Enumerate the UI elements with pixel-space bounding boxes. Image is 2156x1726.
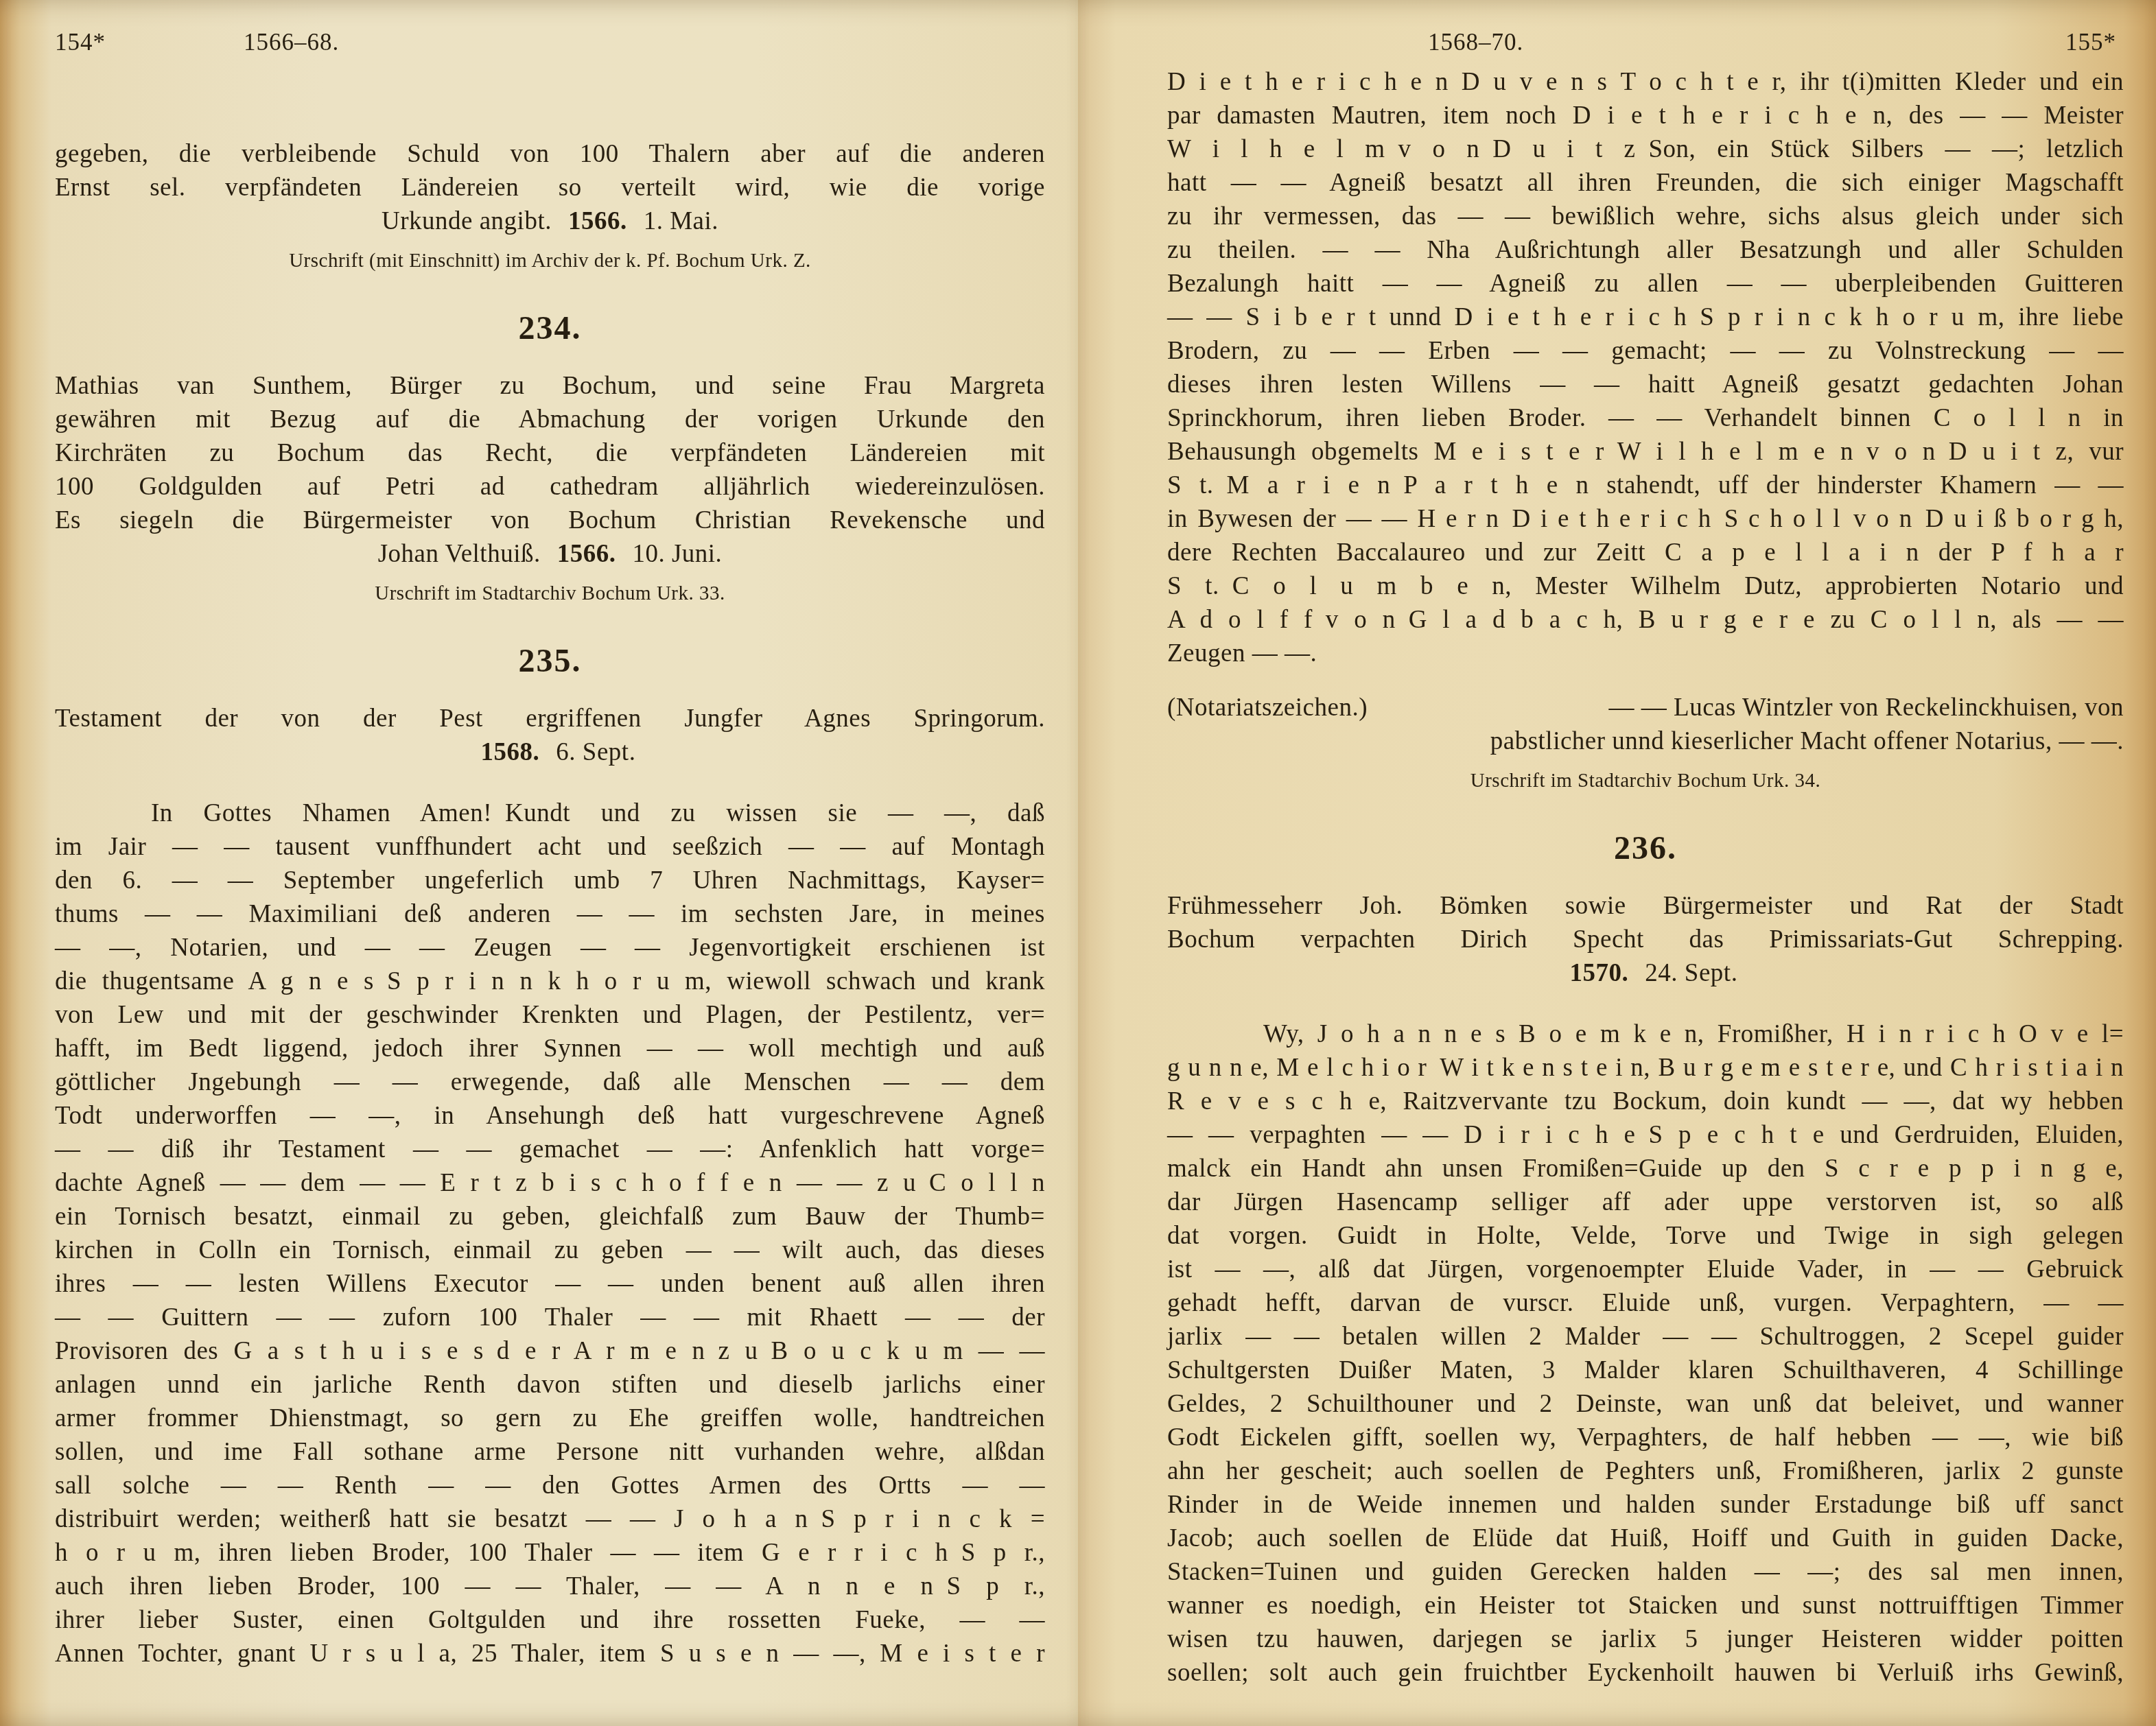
text-line: dachte Agneß — — dem — — E r t z b i s c… bbox=[55, 1166, 1045, 1200]
text-segment: 24. Sept. bbox=[1645, 959, 1737, 987]
text-line: ein Tornisch besatzt, einmail zu geben, … bbox=[55, 1200, 1045, 1233]
text-line: Ernst sel. verpfändeten Ländereien so ve… bbox=[55, 171, 1045, 204]
text-line: Brodern, zu — — Erben — — gemacht; — — z… bbox=[1167, 334, 2124, 368]
text-line: kirchen in Colln ein Tornisch, einmail z… bbox=[55, 1233, 1045, 1267]
text-line: 236. bbox=[1167, 829, 2124, 868]
text-line: Urschrift im Stadtarchiv Bochum Urk. 33. bbox=[55, 579, 1045, 613]
text-line: Johan Velthuiß.1566.10. Juni. bbox=[55, 537, 1045, 571]
text-segment: Johan Velthuiß. bbox=[378, 540, 541, 568]
text-line: Urschrift (mit Einschnitt) im Archiv der… bbox=[55, 246, 1045, 280]
text-line: die thugentsame A g n e s S p r i n n k … bbox=[55, 965, 1045, 998]
text-line: Provisoren des G a s t h u i s e s d e r… bbox=[55, 1334, 1045, 1368]
urkunde-234-number: 234. bbox=[55, 309, 1045, 348]
text-line: Godt Eickelen gifft, soellen wy, Verpagh… bbox=[1167, 1421, 2124, 1454]
text-line: Zeugen — —. bbox=[1167, 637, 2124, 670]
text-line: ist — —, alß dat Jürgen, vorgenoempter E… bbox=[1167, 1253, 2124, 1286]
text-line: dat vorgen. Guidt in Holte, Velde, Torve… bbox=[1167, 1219, 2124, 1253]
text-line: Stacken=Tuinen und guiden Gerecken halde… bbox=[1167, 1555, 2124, 1589]
text-line: Wy, J o h a n n e s B o e m k e n, Fromi… bbox=[1167, 1017, 2124, 1051]
text-line: Todt underworffen — —, in Ansehungh deß … bbox=[55, 1099, 1045, 1133]
text-line: auch ihren lieben Broder, 100 — — Thaler… bbox=[55, 1570, 1045, 1603]
urkunde-236-number: 236. bbox=[1167, 829, 2124, 868]
text-segment: (Notariatszeichen.) bbox=[1167, 691, 1368, 724]
text-line: thums — — Maximiliani deß anderen — — im… bbox=[55, 897, 1045, 931]
date-year: 1570. bbox=[1570, 959, 1629, 987]
text-line: zu ihr vermessen, das — — bewißlich wehr… bbox=[1167, 200, 2124, 233]
source-note-urk-33: Urschrift im Stadtarchiv Bochum Urk. 33. bbox=[55, 579, 1045, 613]
text-line: Urschrift im Stadtarchiv Bochum Urk. 34. bbox=[1167, 766, 2124, 800]
text-line: Bochum verpachten Dirich Specht das Prim… bbox=[1167, 923, 2124, 956]
text-line: Kirchräten zu Bochum das Recht, die verp… bbox=[55, 436, 1045, 470]
text-line: 100 Goldgulden auf Petri ad cathedram al… bbox=[55, 470, 1045, 504]
date-year: 1568. bbox=[481, 738, 540, 766]
urkunde-233-continuation: gegeben, die verbleibende Schuld von 100… bbox=[55, 137, 1045, 238]
text-line: wisen tzu hauwen, darjegen se jarlix 5 j… bbox=[1167, 1622, 2124, 1656]
text-line: Rinder in de Weide innemen und halden su… bbox=[1167, 1488, 2124, 1522]
text-line: in Bywesen der — — H e r n D i e t h e r… bbox=[1167, 502, 2124, 536]
left-page-number: 154* bbox=[55, 29, 106, 56]
date-year: 1566. bbox=[557, 540, 616, 568]
urkunde-235-number: 235. bbox=[55, 641, 1045, 681]
text-line: — — verpaghten — — D i r i c h e S p e c… bbox=[1167, 1118, 2124, 1152]
right-page-number: 155* bbox=[2065, 29, 2116, 56]
text-line: Geldes, 2 Schuilthouner und 2 Deinste, w… bbox=[1167, 1387, 2124, 1421]
text-line: von Lew und mit der geschwinder Krenkten… bbox=[55, 998, 1045, 1032]
left-running-head: 154* 1566–68. bbox=[0, 29, 1078, 70]
notary-attestation: (Notariatszeichen.)— — Lucas Wintzler vo… bbox=[1167, 691, 2124, 758]
text-line: — — Guittern — — zuforn 100 Thaler — — m… bbox=[55, 1301, 1045, 1334]
text-line: Es siegeln die Bürgermeister von Bochum … bbox=[55, 504, 1045, 537]
text-line: R e v e s c h e, Raitzvervante tzu Bocku… bbox=[1167, 1085, 2124, 1118]
right-page: 1568–70. 155* D i e t h e r i c h e n D … bbox=[1078, 0, 2156, 1726]
text-line: S t. C o l u m b e n, Mester Wilhelm Dut… bbox=[1167, 569, 2124, 603]
text-line: dieses ihren lesten Willens — — haitt Ag… bbox=[1167, 368, 2124, 401]
text-segment: 1. Mai. bbox=[644, 207, 718, 235]
text-line: Testament der von der Pest ergriffenen J… bbox=[55, 702, 1045, 735]
text-line: Annen Tochter, gnant U r s u l a, 25 Tha… bbox=[55, 1637, 1045, 1670]
text-line: den 6. — — September ungeferlich umb 7 U… bbox=[55, 864, 1045, 897]
text-line: Schultgersten Duißer Maten, 3 Malder kla… bbox=[1167, 1353, 2124, 1387]
text-line: Urkunde angibt.1566.1. Mai. bbox=[55, 204, 1045, 238]
text-line: In Gottes Nhamen Amen! Kundt und zu wiss… bbox=[55, 796, 1045, 830]
right-page-content: D i e t h e r i c h e n D u v e n s T o … bbox=[1078, 0, 2156, 1690]
text-line: par damasten Mautren, item noch D i e t … bbox=[1167, 99, 2124, 132]
right-running-head: 1568–70. 155* bbox=[1078, 29, 2156, 70]
text-line: (Notariatszeichen.)— — Lucas Wintzler vo… bbox=[1167, 691, 2124, 724]
left-running-date: 1566–68. bbox=[244, 29, 339, 56]
text-line: g u n n e, M e l c h i o r W i t k e n s… bbox=[1167, 1051, 2124, 1085]
urkunde-235-regest: Testament der von der Pest ergriffenen J… bbox=[55, 702, 1045, 769]
text-line: wanner es noedigh, ein Heister tot Staic… bbox=[1167, 1589, 2124, 1622]
text-line: gegeben, die verbleibende Schuld von 100… bbox=[55, 137, 1045, 171]
text-line: — — diß ihr Testament — — gemachet — —: … bbox=[55, 1133, 1045, 1166]
right-running-date: 1568–70. bbox=[1428, 29, 1523, 56]
text-line: malck ein Handt ahn unsen Fromißen=Guide… bbox=[1167, 1152, 2124, 1185]
text-line: zu theilen. — — Nha Außrichtungh aller B… bbox=[1167, 233, 2124, 267]
date-year: 1566. bbox=[568, 207, 627, 235]
text-line: hatt — — Agneiß besatzt all ihren Freund… bbox=[1167, 166, 2124, 200]
text-line: S t. M a r i e n P a r t h e n stahendt,… bbox=[1167, 469, 2124, 502]
text-line: jarlix — — betalen willen 2 Malder — — S… bbox=[1167, 1320, 2124, 1353]
text-line: ahn her gescheit; auch soellen de Peghte… bbox=[1167, 1454, 2124, 1488]
text-line: Sprinckhorum, ihren lieben Broder. — — V… bbox=[1167, 401, 2124, 435]
left-page: 154* 1566–68. gegeben, die verbleibende … bbox=[0, 0, 1078, 1726]
text-line: göttlicher Jngebungh — — erwegende, daß … bbox=[55, 1065, 1045, 1099]
text-line: Mathias van Sunthem, Bürger zu Bochum, u… bbox=[55, 369, 1045, 403]
text-line: anlagen unnd ein jarliche Renth davon st… bbox=[55, 1368, 1045, 1402]
urkunde-235-text-continued: D i e t h e r i c h e n D u v e n s T o … bbox=[1167, 65, 2124, 670]
text-line: dere Rechten Baccalaureo und zur Zeitt C… bbox=[1167, 536, 2124, 569]
text-line: h o r u m, ihren lieben Broder, 100 Thal… bbox=[55, 1536, 1045, 1570]
left-page-content: gegeben, die verbleibende Schuld von 100… bbox=[0, 0, 1078, 1670]
text-line: 1568.6. Sept. bbox=[55, 735, 1045, 769]
text-segment: Urkunde angibt. bbox=[382, 207, 552, 235]
text-line: dar Jürgen Hasencamp selliger aff ader u… bbox=[1167, 1185, 2124, 1219]
text-line: — —, Notarien, und — — Zeugen — — Jegenv… bbox=[55, 931, 1045, 965]
text-line: sall solche — — Renth — — den Gottes Arm… bbox=[55, 1469, 1045, 1502]
urkunde-235-text: In Gottes Nhamen Amen! Kundt und zu wiss… bbox=[55, 796, 1045, 1670]
text-line: soellen; solt auch gein fruichtber Eycke… bbox=[1167, 1656, 2124, 1690]
urkunde-236-text: Wy, J o h a n n e s B o e m k e n, Fromi… bbox=[1167, 1017, 2124, 1690]
text-line: W i l h e l m v o n D u i t z Son, ein S… bbox=[1167, 132, 2124, 166]
text-line: gehadt hefft, darvan de vurscr. Eluide u… bbox=[1167, 1286, 2124, 1320]
text-line: 234. bbox=[55, 309, 1045, 348]
text-line: armer frommer Dhienstmagt, so gern zu Eh… bbox=[55, 1402, 1045, 1435]
source-note-urk-z: Urschrift (mit Einschnitt) im Archiv der… bbox=[55, 246, 1045, 280]
text-line: Frühmesseherr Joh. Bömken sowie Bürgerme… bbox=[1167, 889, 2124, 923]
text-segment: 10. Juni. bbox=[632, 540, 722, 568]
book-spread: 154* 1566–68. gegeben, die verbleibende … bbox=[0, 0, 2156, 1726]
text-line: ihrer lieber Suster, einen Goltgulden un… bbox=[55, 1603, 1045, 1637]
text-segment: — — Lucas Wintzler von Reckelinckhuisen,… bbox=[1609, 691, 2124, 724]
text-line: A d o l f f v o n G l a d b a c h, B u r… bbox=[1167, 603, 2124, 637]
text-line: sollen, und ime Fall sothane arme Person… bbox=[55, 1435, 1045, 1469]
text-line: hafft, im Bedt liggend, jedoch ihrer Syn… bbox=[55, 1032, 1045, 1065]
text-line: — — S i b e r t unnd D i e t h e r i c h… bbox=[1167, 300, 2124, 334]
text-line: Jacob; auch soellen de Elüde dat Huiß, H… bbox=[1167, 1522, 2124, 1555]
text-segment: 6. Sept. bbox=[556, 738, 635, 766]
source-note-urk-34: Urschrift im Stadtarchiv Bochum Urk. 34. bbox=[1167, 766, 2124, 800]
text-line: gewähren mit Bezug auf die Abmachung der… bbox=[55, 403, 1045, 436]
text-line: D i e t h e r i c h e n D u v e n s T o … bbox=[1167, 65, 2124, 99]
text-line: 235. bbox=[55, 641, 1045, 681]
text-line: ihres — — lesten Willens Executor — — un… bbox=[55, 1267, 1045, 1301]
text-line: Behausungh obgemelts M e i s t e r W i l… bbox=[1167, 435, 2124, 469]
text-line: pabstlicher unnd kieserlicher Macht offe… bbox=[1167, 724, 2124, 758]
text-line: im Jair — — tausent vunffhundert acht un… bbox=[55, 830, 1045, 864]
text-line: Bezalungh haitt — — Agneiß zu allen — — … bbox=[1167, 267, 2124, 300]
urkunde-234-regest: Mathias van Sunthem, Bürger zu Bochum, u… bbox=[55, 369, 1045, 571]
urkunde-236-regest: Frühmesseherr Joh. Bömken sowie Bürgerme… bbox=[1167, 889, 2124, 990]
text-line: distribuirt werden; weitherß hatt sie be… bbox=[55, 1502, 1045, 1536]
text-line: 1570.24. Sept. bbox=[1167, 956, 2124, 990]
